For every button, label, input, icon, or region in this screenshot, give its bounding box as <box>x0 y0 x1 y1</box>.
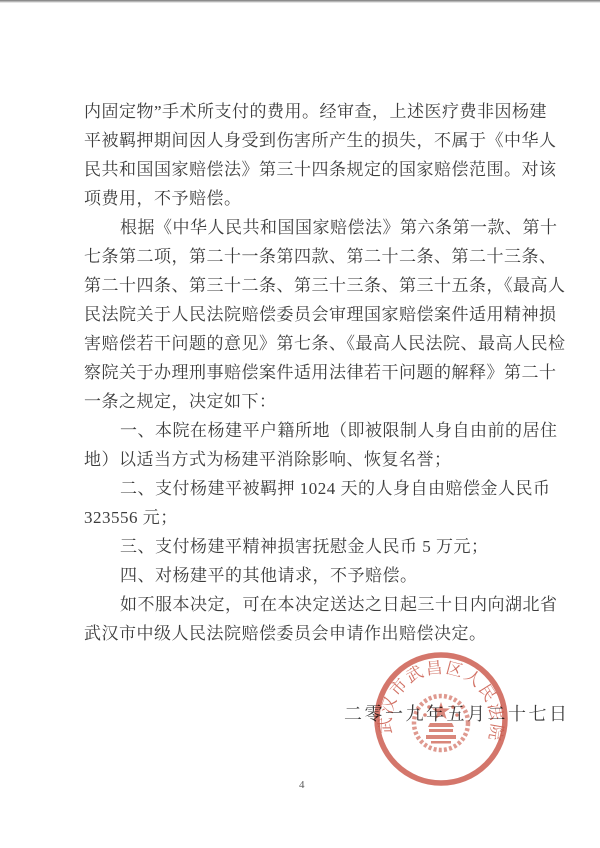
document-page: 内固定物”手术所支付的费用。经审查，上述医疗费非因杨建平被羁押期间因人身受到伤害… <box>0 0 600 848</box>
text-line: 第二十四条、第三十二条、第三十三条、第三十五条，《最高人 <box>84 271 542 300</box>
page-number: 4 <box>299 779 305 791</box>
text-line: 七条第二项，第二十一条第四款、第二十二条、第二十三条、 <box>84 242 542 271</box>
text-line: 项费用，不予赔偿。 <box>84 184 542 213</box>
text-line: 民共和国国家赔偿法》第三十四条规定的国家赔偿范围。对该 <box>84 155 542 184</box>
text-line: 一、本院在杨建平户籍所地（即被限制人身自由前的居住 <box>84 416 542 445</box>
text-line: 三、支付杨建平精神损害抚慰金人民币 5 万元； <box>84 532 542 561</box>
text-line: 四、对杨建平的其他请求，不予赔偿。 <box>84 561 542 590</box>
text-line: 民法院关于人民法院赔偿委员会审理国家赔偿案件适用精神损 <box>84 300 542 329</box>
national-emblem-icon <box>414 696 468 750</box>
text-line: 平被羁押期间因人身受到伤害所产生的损失，不属于《中华人 <box>84 126 542 155</box>
document-body: 内固定物”手术所支付的费用。经审查，上述医疗费非因杨建平被羁押期间因人身受到伤害… <box>84 97 542 648</box>
text-line: 内固定物”手术所支付的费用。经审查，上述医疗费非因杨建 <box>84 97 542 126</box>
text-line: 武汉市中级人民法院赔偿委员会申请作出赔偿决定。 <box>84 619 542 648</box>
text-line: 323556 元； <box>84 503 542 532</box>
text-line: 一条之规定，决定如下： <box>84 387 542 416</box>
text-line: 察院关于办理刑事赔偿案件适用法律若干问题的解释》第二十 <box>84 358 542 387</box>
text-line: 根据《中华人民共和国国家赔偿法》第六条第一款、第十 <box>84 213 542 242</box>
scan-edge <box>0 0 600 3</box>
text-line: 如不服本决定，可在本决定送达之日起三十日内向湖北省 <box>84 590 542 619</box>
text-line: 地）以适当方式为杨建平消除影响、恢复名誉； <box>84 445 542 474</box>
text-line: 二、支付杨建平被羁押 1024 天的人身自由赔偿金人民币 <box>84 474 542 503</box>
official-seal: 武汉市武昌区人民法院 <box>371 649 511 789</box>
text-line: 害赔偿若干问题的意见》第七条、《最高人民法院、最高人民检 <box>84 329 542 358</box>
